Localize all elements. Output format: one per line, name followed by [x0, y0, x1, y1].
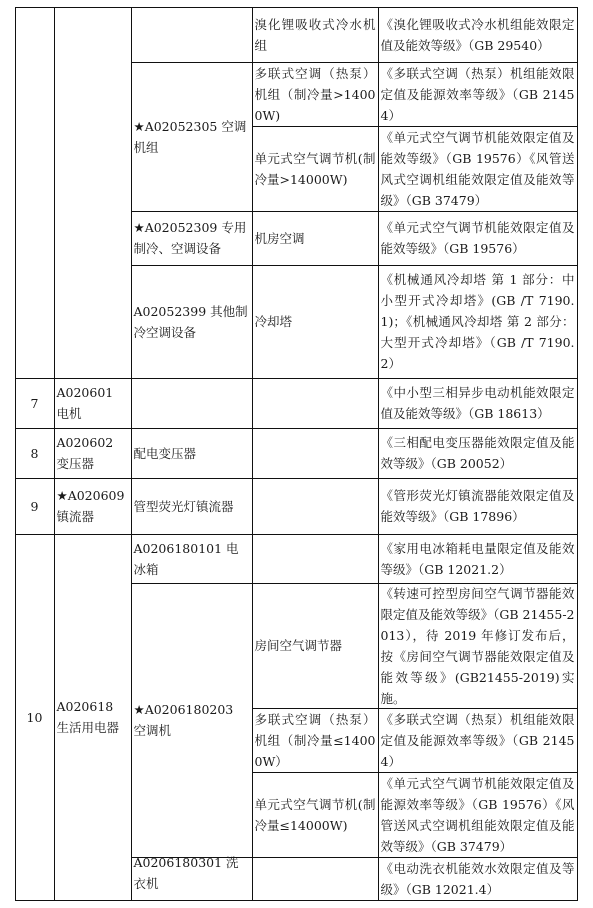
row-number: 10	[18, 707, 52, 728]
product-text: 溴化锂吸收式冷水机组	[255, 14, 376, 56]
no-cell: 7	[15, 378, 55, 429]
standard-text: 《电动洗衣机能效水效限定值及等级》（GB 12021.4）	[381, 858, 575, 900]
category-cell: A020601 电机	[54, 378, 132, 429]
product-cell: 房间空气调节器	[252, 583, 379, 709]
standard-text: 《单元式空气调节机能效限定值及能效等级》（GB 19576）	[381, 217, 575, 259]
subcategory-cell: ★A02052305 空调机组	[131, 62, 253, 212]
category-text: ★A020609 镇流器	[57, 485, 129, 527]
subcategory-cell: ★A0206180203 空调机	[131, 583, 253, 858]
subcategory-text: ★A0206180203 空调机	[134, 699, 250, 741]
standard-cell: 《机械通风冷却塔 第 1 部分：中小型开式冷却塔》(GB /T 7190.1)；…	[378, 265, 578, 379]
standard-cell: 《管形荧光灯镇流器能效限定值及能效等级》（GB 17896）	[378, 478, 578, 535]
category-cell: A020618 生活用电器	[54, 534, 132, 901]
category-cell: ★A020609 镇流器	[54, 478, 132, 535]
product-cell	[252, 857, 379, 901]
standard-cell: 《电动洗衣机能效水效限定值及等级》（GB 12021.4）	[378, 857, 578, 901]
product-text: 多联式空调（热泵）机组（制冷量≤14000W）	[255, 709, 376, 772]
row-number: 7	[18, 393, 52, 414]
product-cell: 单元式空气调节机(制冷量>14000W)	[252, 126, 379, 212]
standard-cell: 《单元式空气调节机能效限定值及能效等级》（GB 19576）	[378, 211, 578, 266]
energy-efficiency-standards-table: ★A02052305 空调机组 溴化锂吸收式冷水机组 《溴化锂吸收式冷水机组能效…	[0, 0, 593, 908]
subcategory-text: ★A02052309 专用制冷、空调设备	[134, 217, 250, 259]
standard-cell: 《转速可控型房间空气调节器能效限定值及能效等级》（GB 21455-2013），…	[378, 583, 578, 709]
standard-text: 《转速可控型房间空气调节器能效限定值及能效等级》（GB 21455-2013），…	[381, 583, 575, 709]
row-number: 8	[18, 443, 52, 464]
standard-text: 《溴化锂吸收式冷水机组能效限定值及能效等级》（GB 29540）	[381, 14, 575, 56]
subcategory-text: A0206180101 电冰箱	[134, 538, 250, 580]
standard-text: 《多联式空调（热泵）机组能效限定值及能源效率等级》（GB 21454）	[381, 709, 575, 772]
standard-text: 《机械通风冷却塔 第 1 部分：中小型开式冷却塔》(GB /T 7190.1)；…	[381, 269, 575, 374]
subcategory-cell: 管型荧光灯镇流器	[131, 478, 253, 535]
product-text: 单元式空气调节机(制冷量≤14000W)	[255, 794, 376, 836]
product-cell: 机房空调	[252, 211, 379, 266]
no-cell-continued	[15, 7, 55, 379]
category-text: A020601 电机	[57, 382, 129, 424]
product-cell: 冷却塔	[252, 265, 379, 379]
standard-text: 《中小型三相异步电动机能效限定值及能效等级》（GB 18613）	[381, 382, 575, 424]
no-cell: 10	[15, 534, 55, 901]
subcategory-cell	[131, 378, 253, 429]
standard-cell: 《单元式空气调节机能效限定值及能源效率等级》（GB 19576）《风管送风式空调…	[378, 772, 578, 858]
no-cell: 9	[15, 478, 55, 535]
standard-cell: 《多联式空调（热泵）机组能效限定值及能源效率等级》（GB 21454）	[378, 708, 578, 773]
subcategory-cell: 配电变压器	[131, 428, 253, 479]
subcategory-text: A0206180301 洗衣机	[134, 852, 250, 894]
subcategory-text: A02052399 其他制冷空调设备	[134, 301, 250, 343]
subcategory-cell: A0206180301 洗衣机	[131, 857, 253, 901]
subcategory-text: 管型荧光灯镇流器	[134, 496, 250, 517]
subcategory-text: ★A02052305 空调机组	[134, 116, 250, 158]
category-cell: A020602 变压器	[54, 428, 132, 479]
standard-cell: 《三相配电变压器能效限定值及能效等级》（GB 20052）	[378, 428, 578, 479]
subcategory-text: 配电变压器	[134, 443, 250, 464]
no-cell: 8	[15, 428, 55, 479]
product-text: 冷却塔	[255, 311, 376, 332]
subcategory-cell	[131, 7, 253, 63]
subcategory-cell: ★A02052309 专用制冷、空调设备	[131, 211, 253, 266]
product-cell: 溴化锂吸收式冷水机组	[252, 7, 379, 63]
product-cell	[252, 428, 379, 479]
standard-cell: 《家用电冰箱耗电量限定值及能效等级》（GB 12021.2）	[378, 534, 578, 584]
standard-text: 《家用电冰箱耗电量限定值及能效等级》（GB 12021.2）	[381, 538, 575, 580]
product-text: 机房空调	[255, 228, 376, 249]
standard-text: 《单元式空气调节机能效限定值及能效等级》（GB 19576）《风管送风式空调机组…	[381, 127, 575, 211]
standard-cell: 《溴化锂吸收式冷水机组能效限定值及能效等级》（GB 29540）	[378, 7, 578, 63]
standard-cell: 《多联式空调（热泵）机组能效限定值及能源效率等级》（GB 21454）	[378, 62, 578, 127]
standard-text: 《单元式空气调节机能效限定值及能源效率等级》（GB 19576）《风管送风式空调…	[381, 773, 575, 857]
category-text: A020618 生活用电器	[57, 696, 129, 738]
standard-text: 《三相配电变压器能效限定值及能效等级》（GB 20052）	[381, 432, 575, 474]
subcategory-cell: A0206180101 电冰箱	[131, 534, 253, 584]
product-cell	[252, 534, 379, 584]
product-text: 房间空气调节器	[255, 635, 376, 656]
category-cell-continued	[54, 7, 132, 379]
product-cell: 多联式空调（热泵）机组（制冷量>14000W)	[252, 62, 379, 127]
standard-cell: 《单元式空气调节机能效限定值及能效等级》（GB 19576）《风管送风式空调机组…	[378, 126, 578, 212]
subcategory-cell: A02052399 其他制冷空调设备	[131, 265, 253, 379]
row-number: 9	[18, 496, 52, 517]
product-cell: 单元式空气调节机(制冷量≤14000W)	[252, 772, 379, 858]
product-cell	[252, 478, 379, 535]
product-text: 单元式空气调节机(制冷量>14000W)	[255, 148, 376, 190]
standard-text: 《管形荧光灯镇流器能效限定值及能效等级》（GB 17896）	[381, 485, 575, 527]
product-cell	[252, 378, 379, 429]
standard-text: 《多联式空调（热泵）机组能效限定值及能源效率等级》（GB 21454）	[381, 63, 575, 126]
category-text: A020602 变压器	[57, 432, 129, 474]
standard-cell: 《中小型三相异步电动机能效限定值及能效等级》（GB 18613）	[378, 378, 578, 429]
product-text: 多联式空调（热泵）机组（制冷量>14000W)	[255, 63, 376, 126]
product-cell: 多联式空调（热泵）机组（制冷量≤14000W）	[252, 708, 379, 773]
